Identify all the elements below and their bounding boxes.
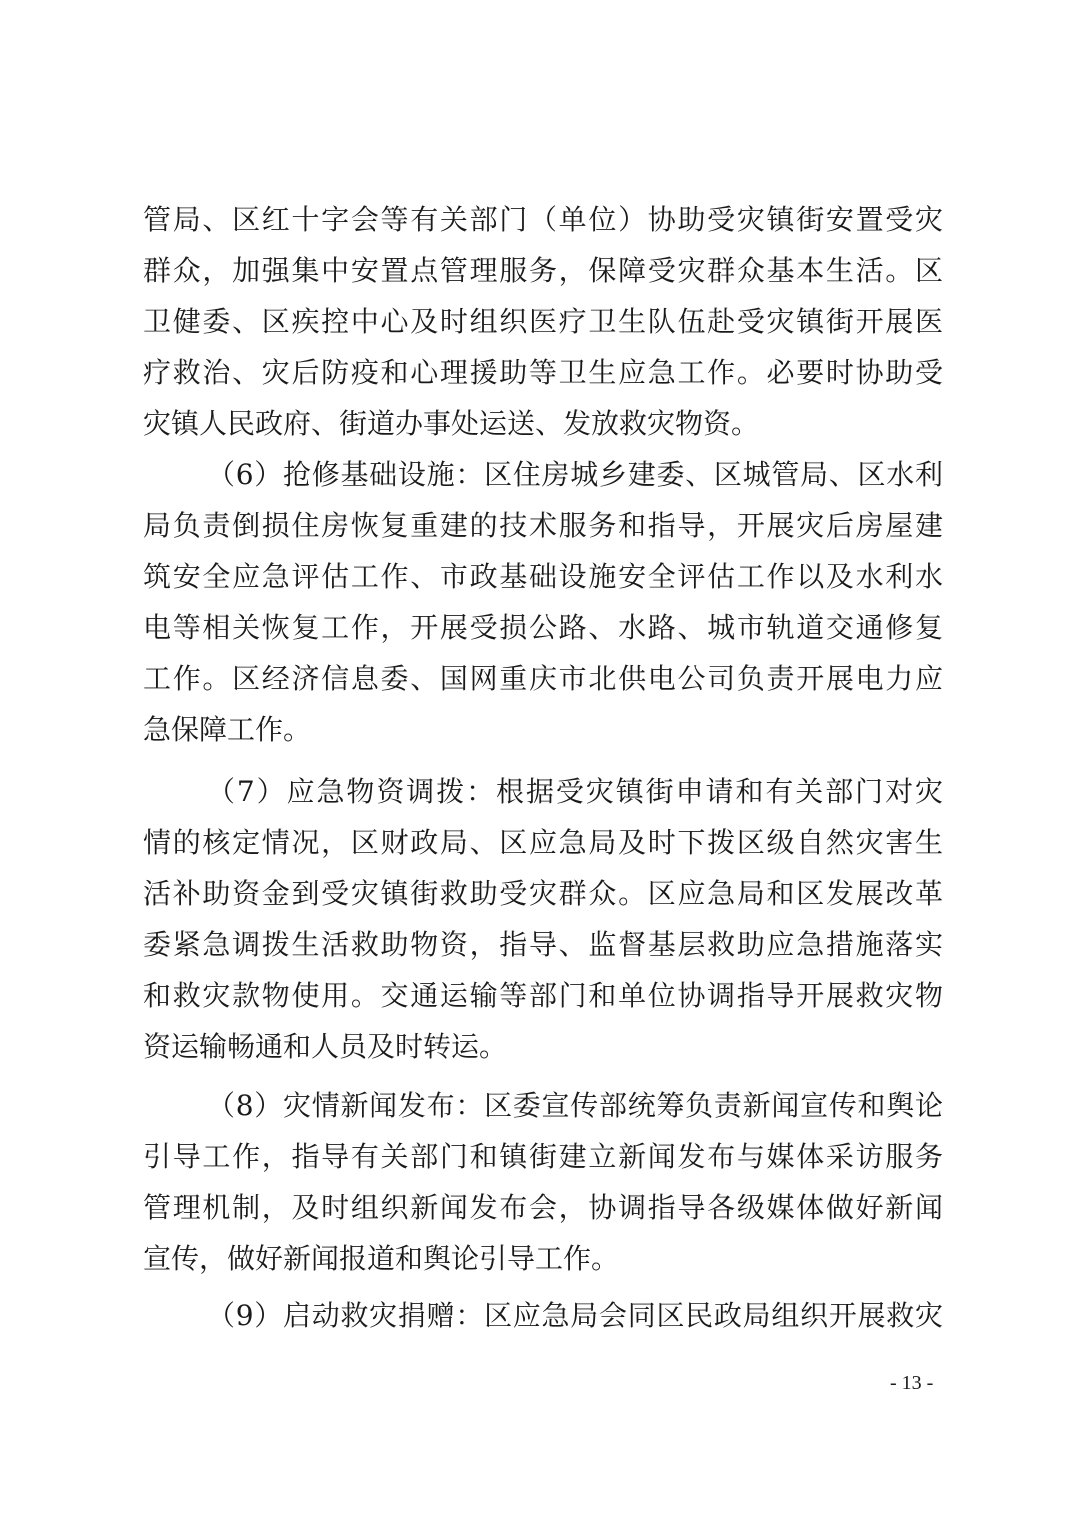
text-line: 疗救治、灾后防疫和心理援助等卫生应急工作。必要时协助受 (143, 353, 943, 393)
text-line: 情的核定情况，区财政局、区应急局及时下拨区级自然灾害生 (143, 823, 943, 863)
text-line: 工作。区经济信息委、国网重庆市北供电公司负责开展电力应 (143, 659, 943, 699)
page-number: - 13 - (890, 1372, 933, 1395)
text-line: 急保障工作。 (143, 710, 943, 750)
text-line: 宣传，做好新闻报道和舆论引导工作。 (143, 1239, 943, 1279)
text-line: 委紧急调拨生活救助物资，指导、监督基层救助应急措施落实 (143, 925, 943, 965)
text-line: 卫健委、区疾控中心及时组织医疗卫生队伍赴受灾镇街开展医 (143, 302, 943, 342)
paragraph-heading-line: （8）灾情新闻发布：区委宣传部统筹负责新闻宣传和舆论 (207, 1086, 943, 1126)
text-line: 和救灾款物使用。交通运输等部门和单位协调指导开展救灾物 (143, 976, 943, 1016)
paragraph-heading-line: （9）启动救灾捐赠：区应急局会同区民政局组织开展救灾 (207, 1296, 943, 1336)
text-line: 筑安全应急评估工作、市政基础设施安全评估工作以及水利水 (143, 557, 943, 597)
text-line: 引导工作，指导有关部门和镇街建立新闻发布与媒体采访服务 (143, 1137, 943, 1177)
text-line: 灾镇人民政府、街道办事处运送、发放救灾物资。 (143, 404, 943, 444)
text-line: 管理机制，及时组织新闻发布会，协调指导各级媒体做好新闻 (143, 1188, 943, 1228)
document-page: 管局、区红十字会等有关部门（单位）协助受灾镇街安置受灾 群众，加强集中安置点管理… (0, 0, 1074, 1520)
text-line: 活补助资金到受灾镇街救助受灾群众。区应急局和区发展改革 (143, 874, 943, 914)
text-line: 资运输畅通和人员及时转运。 (143, 1027, 943, 1067)
text-line: 电等相关恢复工作，开展受损公路、水路、城市轨道交通修复 (143, 608, 943, 648)
text-line: 管局、区红十字会等有关部门（单位）协助受灾镇街安置受灾 (143, 200, 943, 240)
text-line: 局负责倒损住房恢复重建的技术服务和指导，开展灾后房屋建 (143, 506, 943, 546)
paragraph-heading-line: （7）应急物资调拨：根据受灾镇街申请和有关部门对灾 (207, 772, 943, 812)
paragraph-heading-line: （6）抢修基础设施：区住房城乡建委、区城管局、区水利 (207, 455, 943, 495)
text-line: 群众，加强集中安置点管理服务，保障受灾群众基本生活。区 (143, 251, 943, 291)
